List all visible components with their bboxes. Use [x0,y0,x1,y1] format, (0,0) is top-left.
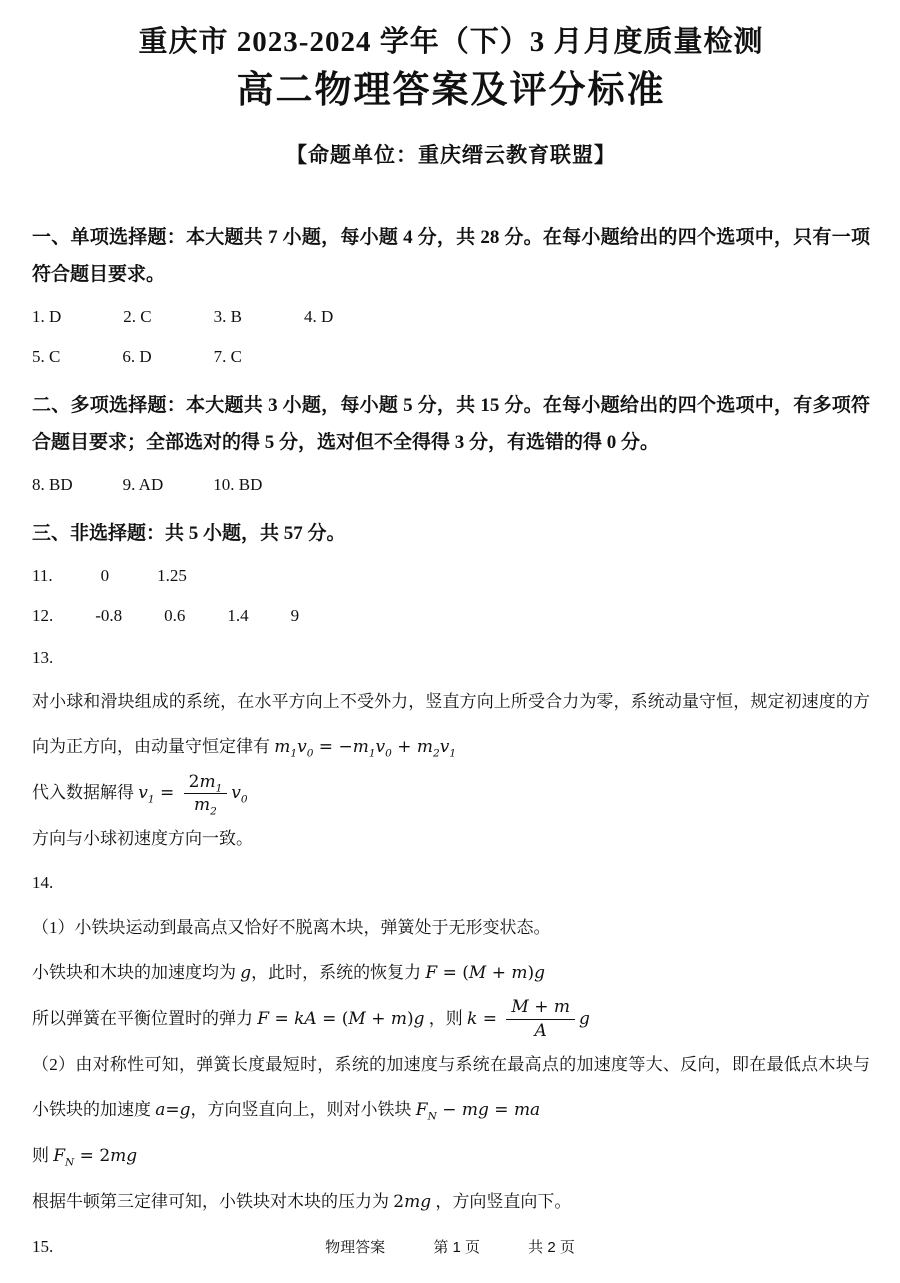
q14-normal-force-line: 则 FN = 2mg [32,1133,870,1179]
page-title: 高二物理答案及评分标准 [32,70,870,113]
header: 重庆市 2023-2024 学年（下）3 月月度质量检测 高二物理答案及评分标准… [32,24,870,169]
q14-part2-statement: （2）由对称性可知，弹簧长度最短时，系统的加速度与系统在最高点的加速度等大、反向… [32,1042,870,1133]
q12-value-3: 1.4 [227,596,248,636]
answer-q8: 8. BD [32,465,73,505]
a-equals-g-formula: a=g [155,1100,190,1120]
answer-row-2: 5. C 6. D 7. C [32,337,870,377]
q13-paragraph-2-text: 代入数据解得 [32,783,138,802]
section-3-heading: 三、非选择题：共 5 小题，共 57 分。 [32,515,870,552]
answer-q2: 2. C [123,297,151,337]
answer-row-3: 8. BD 9. AD 10. BD [32,465,870,505]
q14-p2-text-b: ，此时，系统的恢复力 [251,963,425,982]
q12-row: 12. -0.8 0.6 1.4 9 [32,596,870,636]
q14-p6-text-b: ，方向竖直向下。 [431,1192,571,1211]
q13-label: 13. [32,636,870,679]
q14-p4-text-b: ，方向竖直向上，则对小铁块 [191,1100,416,1119]
page-footer: 物理答案 第 1 页 共 2 页 [0,1236,900,1257]
q14-p5-text-a: 则 [32,1146,53,1165]
q11-row: 11. 0 1.25 [32,556,870,596]
answer-q6: 6. D [122,337,151,377]
q14-p6-text-a: 根据牛顿第三定律可知，小铁块对木块的压力为 [32,1192,393,1211]
q13-paragraph-1: 对小球和滑块组成的系统，在水平方向上不受外力，竖直方向上所受合力为零，系统动量守… [32,679,870,770]
q14-part1-acceleration-line: 小铁块和木块的加速度均为 g，此时，系统的恢复力 F = (M + m)g [32,950,870,996]
q11-value-1: 0 [101,556,110,596]
q12-value-1: -0.8 [95,596,122,636]
answer-sheet-page: 重庆市 2023-2024 学年（下）3 月月度质量检测 高二物理答案及评分标准… [0,0,900,1283]
restoring-force-formula: F = (M + m)g [425,963,545,983]
q12-value-4: 9 [291,596,300,636]
footer-page-number: 第 1 页 [433,1239,480,1256]
q11-label: 11. [32,556,53,596]
answer-q9: 9. AD [123,465,164,505]
answer-q1: 1. D [32,297,61,337]
momentum-conservation-formula: m1v0 = −m1v0 + m2v1 [274,737,456,757]
q14-p3-text-b: ，则 [425,1009,468,1028]
q14-third-law-line: 根据牛顿第三定律可知，小铁块对木块的压力为 2mg ，方向竖直向下。 [32,1179,870,1225]
q11-value-2: 1.25 [157,556,187,596]
section-free-response: 三、非选择题：共 5 小题，共 57 分。 11. 0 1.25 12. -0.… [32,515,870,1268]
footer-total-pages: 共 2 页 [528,1239,575,1256]
q14-part1-spring-line: 所以弹簧在平衡位置时的弹力 F = kA = (M + m)g ，则 k = M… [32,996,870,1042]
answer-q3: 3. B [214,297,242,337]
q12-label: 12. [32,596,53,636]
q14-block: 14. （1）小铁块运动到最高点又恰好不脱离木块，弹簧处于无形变状态。 小铁块和… [32,861,870,1225]
answer-q10: 10. BD [213,465,262,505]
spring-constant-formula: k = M + mAg [467,1009,590,1029]
exam-title: 重庆市 2023-2024 学年（下）3 月月度质量检测 [32,24,870,60]
two-mg-value: 2mg [393,1192,431,1212]
answer-q7: 7. C [214,337,242,377]
normal-force-result-formula: FN = 2mg [53,1146,137,1166]
answer-q5: 5. C [32,337,60,377]
q13-paragraph-2: 代入数据解得 v1 = 2m1m2v0 [32,770,870,816]
answer-row-1: 1. D 2. C 3. B 4. D [32,297,870,337]
q14-p2-text-a: 小铁块和木块的加速度均为 [32,963,240,982]
v1-result-formula: v1 = 2m1m2v0 [138,783,247,803]
q13-block: 13. 对小球和滑块组成的系统，在水平方向上不受外力，竖直方向上所受合力为零，系… [32,636,870,862]
q14-p3-text-a: 所以弹簧在平衡位置时的弹力 [32,1009,257,1028]
g-symbol: g [240,963,251,983]
section-1-heading: 一、单项选择题：本大题共 7 小题，每小题 4 分，共 28 分。在每小题给出的… [32,219,870,293]
q13-paragraph-3: 方向与小球初速度方向一致。 [32,816,870,861]
footer-doc-label: 物理答案 [325,1239,385,1256]
section-2-heading: 二、多项选择题：本大题共 3 小题，每小题 5 分，共 15 分。在每小题给出的… [32,387,870,461]
spring-force-formula: F = kA = (M + m)g [257,1009,424,1029]
q14-label: 14. [32,861,870,904]
q12-value-2: 0.6 [164,596,185,636]
answer-q4: 4. D [304,297,333,337]
proposition-unit-line: 【命题单位：重庆缙云教育联盟】 [32,139,870,169]
newton-second-law-formula: FN − mg = ma [416,1100,540,1120]
section-single-choice: 一、单项选择题：本大题共 7 小题，每小题 4 分，共 28 分。在每小题给出的… [32,219,870,377]
section-multi-choice: 二、多项选择题：本大题共 3 小题，每小题 5 分，共 15 分。在每小题给出的… [32,387,870,505]
q14-part1-statement: （1）小铁块运动到最高点又恰好不脱离木块，弹簧处于无形变状态。 [32,905,870,950]
